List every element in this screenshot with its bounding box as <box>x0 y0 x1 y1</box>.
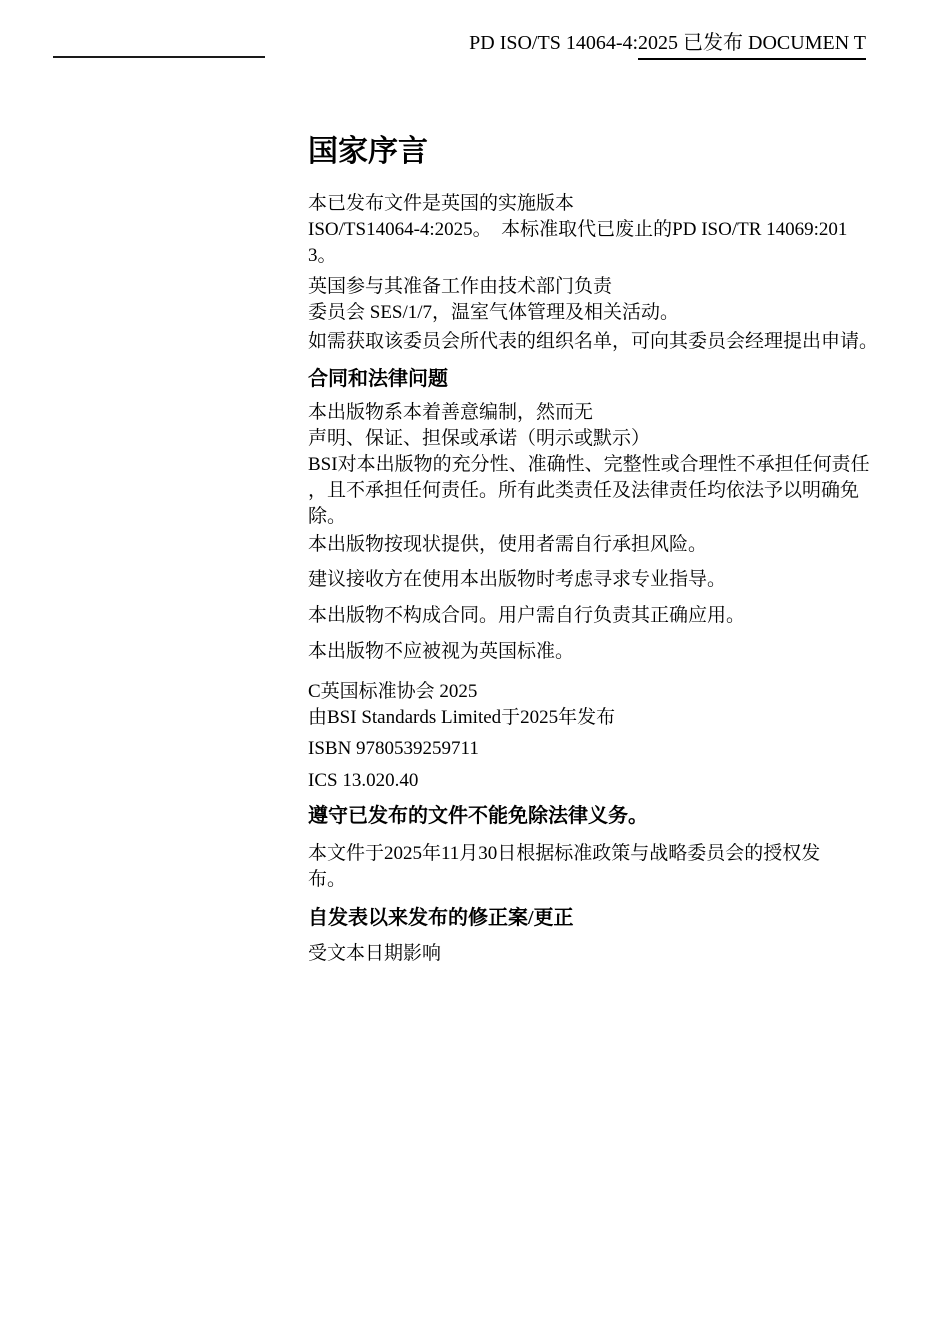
paragraph-authorization: 本文件于2025年11月30日根据标准政策与战略委员会的授权发 布。 <box>308 841 883 893</box>
page-title: 国家序言 <box>308 134 428 170</box>
paragraph-copyright: C英国标准协会 2025 由BSI Standards Limited于2025… <box>308 679 883 731</box>
paragraph-implementation-note: 本已发布文件是英国的实施版本 ISO/TS14064-4:2025。 本标准取代… <box>308 191 883 269</box>
heading-compliance: 遵守已发布的文件不能免除法律义务。 <box>308 803 883 829</box>
paragraph-disclaimer: 本出版物系本着善意编制，然而无 声明、保证、担保或承诺（明示或默示） BSI对本… <box>308 400 883 530</box>
header-rule-left <box>53 56 265 58</box>
paragraph-membership-request: 如需获取该委员会所代表的组织名单，可向其委员会经理提出申请。 <box>308 329 883 355</box>
paragraph-amendments-note: 受文本日期影响 <box>308 941 883 967</box>
paragraph-not-british-standard: 本出版物不应被视为英国标准。 <box>308 639 883 665</box>
document-page: PD ISO/TS 14064-4:2025 已发布 DOCUMEN T 国家序… <box>0 0 950 1344</box>
heading-contract-legal: 合同和法律问题 <box>308 366 883 392</box>
page-header: PD ISO/TS 14064-4:2025 已发布 DOCUMEN T <box>469 31 866 55</box>
paragraph-committee: 英国参与其准备工作由技术部门负责 委员会 SES/1/7，温室气体管理及相关活动… <box>308 274 883 326</box>
header-doc-ref-underlined: 2025 已发布 DOCUMEN T <box>638 32 866 60</box>
paragraph-professional-advice: 建议接收方在使用本出版物时考虑寻求专业指导。 <box>308 567 883 593</box>
isbn-line: ISBN 9780539259711 <box>308 736 883 762</box>
paragraph-no-contract: 本出版物不构成合同。用户需自行负责其正确应用。 <box>308 603 883 629</box>
ics-line: ICS 13.020.40 <box>308 768 883 794</box>
header-doc-ref: PD ISO/TS 14064-4: <box>469 32 638 54</box>
paragraph-as-is: 本出版物按现状提供，使用者需自行承担风险。 <box>308 532 883 558</box>
heading-amendments: 自发表以来发布的修正案/更正 <box>308 905 883 931</box>
